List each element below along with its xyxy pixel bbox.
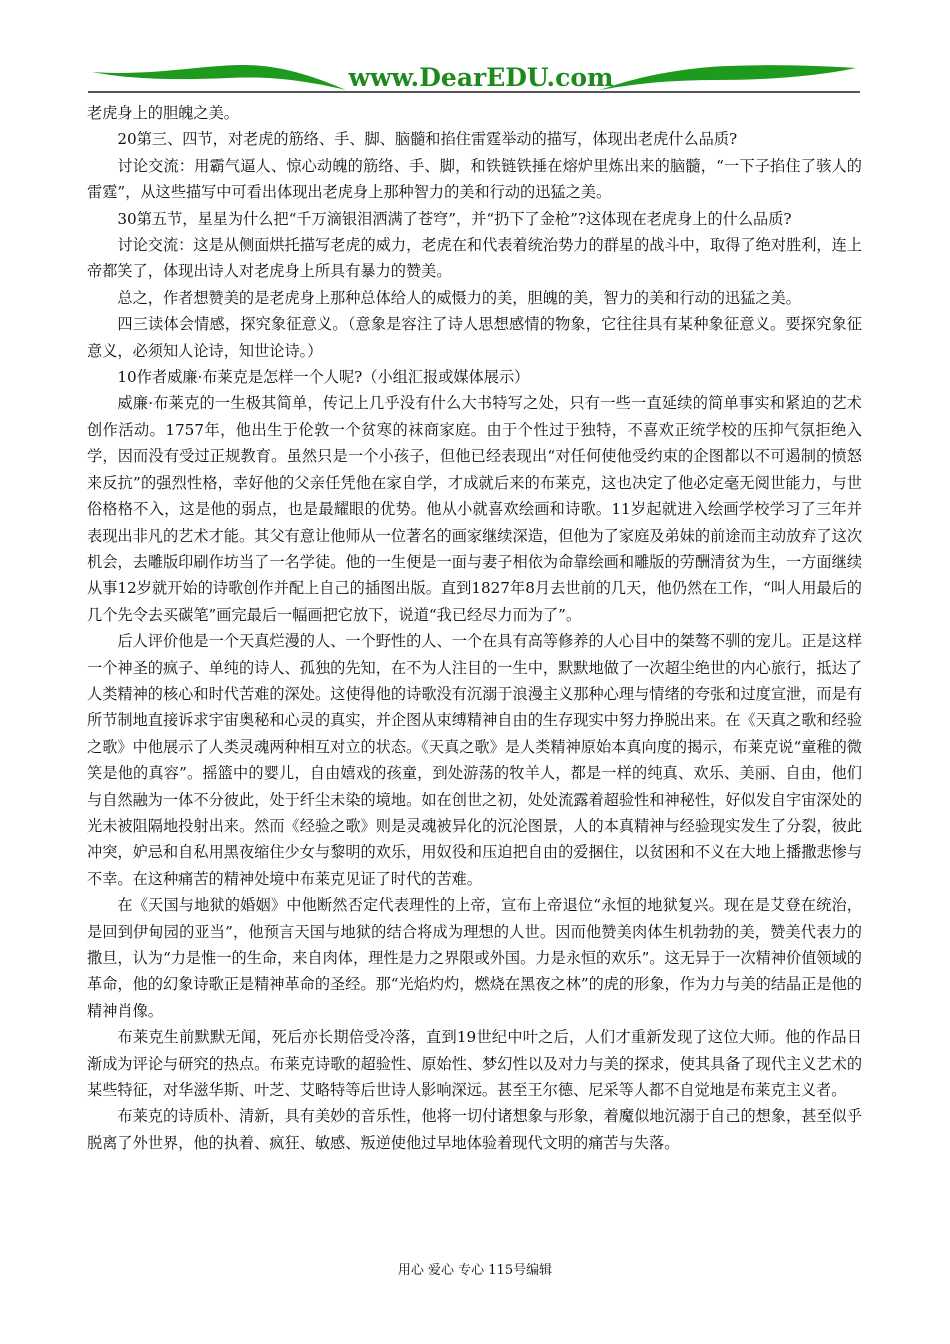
paragraph: 老虎身上的胆魄之美。 xyxy=(87,100,862,126)
paragraph: 在《天国与地狱的婚姻》中他断然否定代表理性的上帝，宣布上帝退位“永恒的地狱复兴。… xyxy=(87,892,862,1024)
paragraph: 讨论交流：用霸气逼人、惊心动魄的筋络、手、脚，和铁链铁捶在熔炉里炼出来的脑髓，“… xyxy=(87,153,862,206)
paragraph: 讨论交流：这是从侧面烘托描写老虎的威力，老虎在和代表着统治势力的群星的战斗中，取… xyxy=(87,232,862,285)
page-footer: 用心 爱心 专心 115号编辑 xyxy=(0,1259,950,1278)
paragraph: 后人评价他是一个天真烂漫的人、一个野性的人、一个在具有高等修养的人心目中的桀骜不… xyxy=(87,628,862,892)
paragraph: 20第三、四节，对老虎的筋络、手、脚、脑髓和掐住雷霆举动的描写，体现出老虎什么品… xyxy=(87,126,862,152)
paragraph: 布莱克生前默默无闻，死后亦长期倍受冷落，直到19世纪中叶之后，人们才重新发现了这… xyxy=(87,1024,862,1103)
paragraph: 总之，作者想赞美的是老虎身上那种总体给人的威慑力的美，胆魄的美，智力的美和行动的… xyxy=(87,285,862,311)
document-body: 老虎身上的胆魄之美。 20第三、四节，对老虎的筋络、手、脚、脑髓和掐住雷霆举动的… xyxy=(87,100,862,1156)
header-divider xyxy=(88,91,860,93)
paragraph: 威廉·布莱克的一生极其简单，传记上几乎没有什么大书特写之处，只有一些一直延续的简… xyxy=(87,390,862,628)
paragraph: 30第五节，星星为什么把“千万滴银泪洒满了苍穹”，并“扔下了金枪”?这体现在老虎… xyxy=(87,206,862,232)
paragraph: 四三读体会情感，探究象征意义。（意象是容注了诗人思想感情的物象，它往往具有某种象… xyxy=(87,311,862,364)
paragraph: 布莱克的诗质朴、清新，具有美妙的音乐性，他将一切付诸想象与形象，着魔似地沉溺于自… xyxy=(87,1103,862,1156)
site-logo: www.DearEDU.com xyxy=(336,64,626,92)
paragraph: 10作者威廉·布莱克是怎样一个人呢?（小组汇报或媒体展示） xyxy=(87,364,862,390)
